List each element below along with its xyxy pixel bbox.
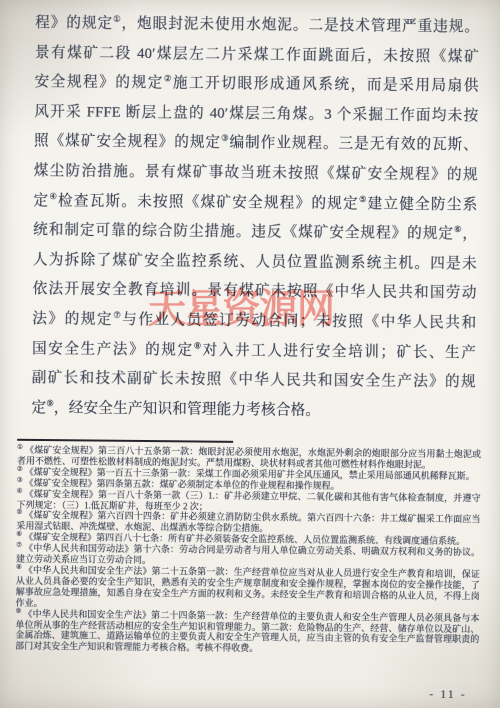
body-text-line: 国安全生产法》的规定⑧对入井工人进行安全培训；矿长、生产 <box>32 334 476 368</box>
footnote-marker: ⑥ <box>16 531 22 538</box>
body-text-line: 定⑨，经安全生产知识和管理能力考核合格。 <box>31 394 475 428</box>
body-text-line: 法》的规定⑦与作业人员签订劳动合同；未按照《中华人民共和 <box>32 305 476 339</box>
body-text-line: 副矿长和技术副矿长未按照《中华人民共和国安全生产法》的规 <box>32 364 476 398</box>
footnote-marker: ⑦ <box>16 542 22 549</box>
footnote-marker: ② <box>17 466 23 473</box>
page-number: - 11 - <box>429 687 467 702</box>
body-text-line: 程》的规定①，炮眼封泥未使用水炮泥。二是技术管理严重违规。 <box>35 9 479 43</box>
footnote: ⑨《中华人民共和国安全生产法》第二十四条第一款：生产经营单位的主要负责人和安全生… <box>15 608 479 656</box>
footnote-marker: ③ <box>17 476 23 483</box>
footnote-text: 《中华人民共和国安全生产法》第二十五条第一款：生产经营单位应当对从业人员进行安全… <box>16 565 480 608</box>
footnotes: ①《煤矿安全规程》第三百八十五条第一款：炮眼封泥必须使用水炮泥，水炮泥外剩余的炮… <box>15 445 481 657</box>
footnote-separator <box>17 439 233 443</box>
footnote: ⑧《中华人民共和国安全生产法》第二十五条第一款：生产经营单位应当对从业人员进行安… <box>16 565 480 613</box>
body-text-line: 定④检查瓦斯。未按照《煤矿安全规程》的规定⑤建立健全防尘系 <box>33 186 477 220</box>
footnote-text: 《煤矿安全规程》第三百八十五条第一款：炮眼封泥必须使用水炮泥，水炮泥外剩余的炮眼… <box>17 445 481 470</box>
footnote-text: 《煤矿安全规程》第六百四十四条：矿井必须建立消防防尘供水系统。第六百四十六条：井… <box>16 510 480 533</box>
footnote-marker: ① <box>17 444 23 451</box>
body-text: 程》的规定①，炮眼封泥未使用水炮泥。二是技术管理严重违规。 景有煤矿二段 40′… <box>31 9 479 428</box>
footnote-marker: ⑨ <box>15 607 21 614</box>
footnote-marker: ④ <box>17 487 23 494</box>
footnote-text: 《煤矿安全规程》第一百八十条第一款（三）1.：矿井必须建立甲烷、二氧化碳和其他有… <box>16 488 480 511</box>
footnote-marker: ⑧ <box>16 564 22 571</box>
footnote-text: 《中华人民共和国安全生产法》第二十四条第一款：生产经营单位的主要负责人和安全生产… <box>15 608 479 653</box>
footnote-marker: ⑤ <box>16 509 22 516</box>
body-text-line: 依法开展安全教育培训。景有煤矿未按照《中华人民共和国劳动 <box>32 275 476 309</box>
body-text-line: 人为拆除了煤矿安全监控系统、人员位置监测系统主机。四是未 <box>33 246 477 280</box>
body-text-line: 照《煤矿安全规程》的规定③编制作业规程。三是无有效的瓦斯、 <box>34 127 478 161</box>
body-text-line: 风开采 FFFE 断层上盘的 40′煤层三角煤。3 个采掘工作面均未按 <box>34 98 478 132</box>
footnote-text: 《中华人民共和国劳动法》第十六条：劳动合同是劳动者与用人单位确立劳动关系、明确双… <box>16 543 480 565</box>
body-text-line: 统和制定可靠的综合防尘措施。违反《煤矿安全规程》的规定⑥， <box>33 216 477 250</box>
scanned-document-page: 程》的规定①，炮眼封泥未使用水炮泥。二是技术管理严重违规。 景有煤矿二段 40′… <box>0 0 500 708</box>
body-text-line: 景有煤矿二段 40′煤层左二片采煤工作面跳面后，未按照《煤矿 <box>35 39 479 73</box>
body-text-line: 煤尘防治措施。景有煤矿事故当班未按照《煤矿安全规程》的规 <box>34 157 478 191</box>
body-text-line: 安全规程》的规定②施工开切眼形成通风系统，而是采用局扇供 <box>34 68 478 102</box>
page-content: 程》的规定①，炮眼封泥未使用水炮泥。二是技术管理严重违规。 景有煤矿二段 40′… <box>0 0 500 708</box>
